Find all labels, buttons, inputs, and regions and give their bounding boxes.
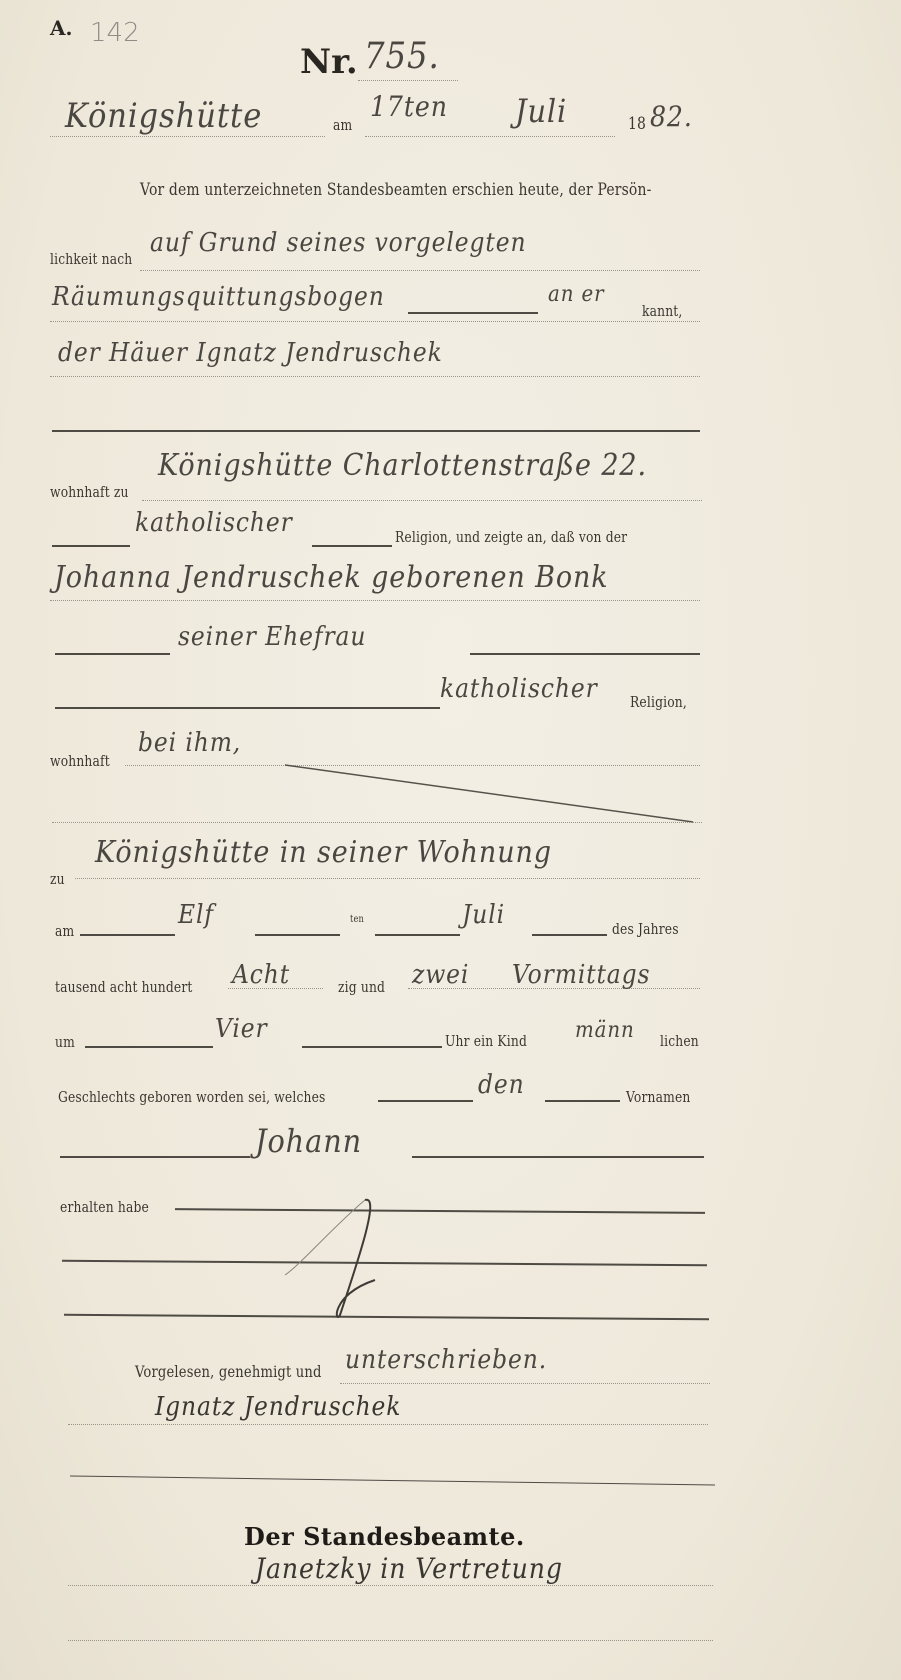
residence-line bbox=[142, 500, 702, 501]
birth-year-label: des Jahres bbox=[612, 920, 679, 938]
residence-label: wohnhaft zu bbox=[50, 483, 129, 501]
informant-signature-line bbox=[68, 1424, 708, 1425]
am-label: am bbox=[333, 116, 352, 134]
year-prefix: 18 bbox=[628, 114, 646, 134]
vornamen-label: Vornamen bbox=[626, 1088, 690, 1106]
identity-value-suffix: an er bbox=[548, 282, 605, 307]
child-name-line-right bbox=[412, 1156, 704, 1158]
relation-line-right bbox=[470, 653, 700, 655]
religion-line-left bbox=[52, 545, 130, 547]
religion-line-right bbox=[312, 545, 392, 547]
mother-name: Johanna Jendruschek geborenen Bonk bbox=[54, 560, 609, 595]
birth-day-line-left bbox=[80, 934, 175, 936]
birth-ten-label: ten bbox=[350, 914, 364, 925]
name-article-line-right bbox=[545, 1100, 620, 1102]
informant-line bbox=[50, 376, 700, 377]
received-label: erhalten habe bbox=[60, 1198, 149, 1216]
identity-suffix: kannt, bbox=[642, 302, 682, 320]
name-article-line-left bbox=[378, 1100, 473, 1102]
identity-fill-line bbox=[408, 312, 538, 314]
zig-label: zig und bbox=[338, 978, 385, 996]
child-label: Uhr ein Kind bbox=[445, 1032, 527, 1050]
identity-prefix: lichkeit nach bbox=[50, 250, 132, 268]
birth-am-label: am bbox=[55, 922, 74, 940]
strike-through-stroke bbox=[285, 765, 705, 825]
child-name-line-left bbox=[60, 1156, 250, 1158]
read-value: unterschrieben. bbox=[345, 1345, 547, 1375]
daytime-value: Vormittags bbox=[512, 960, 650, 990]
gender-line: Geschlechts geboren worden sei, welches bbox=[58, 1088, 326, 1106]
birth-day-value: Elf bbox=[178, 900, 214, 930]
unit-value: zwei bbox=[412, 960, 469, 990]
official-title: Der Standesbeamte. bbox=[244, 1522, 525, 1551]
identity-line-2 bbox=[50, 321, 700, 322]
nr-label: Nr. bbox=[300, 42, 358, 82]
name-article: den bbox=[478, 1070, 525, 1100]
sex-value: männ bbox=[575, 1018, 635, 1043]
series-letter: A. bbox=[50, 16, 72, 40]
child-name: Johann bbox=[255, 1122, 362, 1160]
mother-residence-value: bei ihm, bbox=[138, 728, 241, 758]
intro-text: Vor dem unterzeichneten Standesbeamten e… bbox=[140, 180, 652, 200]
read-line bbox=[340, 1383, 710, 1384]
time-line-left bbox=[85, 1046, 213, 1048]
religion-text: Religion, und zeigte an, daß von der bbox=[395, 528, 627, 546]
mother-line bbox=[50, 600, 700, 601]
identity-line-1 bbox=[140, 270, 700, 271]
religion-value: katholischer bbox=[135, 508, 293, 538]
mother-religion-value: katholischer bbox=[440, 674, 598, 704]
birthplace-value: Königshütte in seiner Wohnung bbox=[95, 835, 552, 870]
read-label: Vorgelesen, genehmigt und bbox=[135, 1362, 322, 1381]
identity-value-1: auf Grund seines vorgelegten bbox=[150, 228, 526, 258]
record-number: 755. bbox=[364, 36, 440, 77]
signature-divider bbox=[70, 1475, 715, 1485]
void-stroke bbox=[280, 1195, 400, 1325]
place-line bbox=[50, 136, 325, 137]
empty-residence-line bbox=[52, 822, 702, 823]
official-signature-line bbox=[68, 1585, 713, 1586]
thousand-label: tausend acht hundert bbox=[55, 978, 193, 996]
time-line-right bbox=[302, 1046, 442, 1048]
mother-religion-label: Religion, bbox=[630, 693, 687, 711]
received-line-1 bbox=[175, 1208, 705, 1214]
birth-month-value: Juli bbox=[462, 900, 505, 930]
record-number-line bbox=[358, 80, 458, 81]
birth-month-line-left bbox=[375, 934, 460, 936]
date-month: Juli bbox=[515, 92, 567, 130]
official-extra-line bbox=[68, 1640, 713, 1641]
informant-value: der Häuer Ignatz Jendruschek bbox=[58, 338, 443, 368]
birthplace-line bbox=[75, 878, 700, 879]
informant-signature: Ignatz Jendruschek bbox=[155, 1392, 401, 1422]
year-suffix: 82. bbox=[650, 100, 693, 133]
time-um-label: um bbox=[55, 1033, 75, 1051]
mother-relation: seiner Ehefrau bbox=[178, 622, 366, 652]
date-day: 17ten bbox=[370, 90, 448, 123]
official-signature: Janetzky in Vertretung bbox=[255, 1552, 563, 1585]
mother-religion-line bbox=[55, 707, 440, 709]
decade-value: Acht bbox=[232, 960, 290, 990]
archive-number: 142 bbox=[90, 18, 140, 48]
birthplace-label: zu bbox=[50, 870, 65, 888]
birth-day-line-right bbox=[255, 934, 340, 936]
identity-value-2: Räumungsquittungsbogen bbox=[52, 282, 385, 312]
sex-suffix: lichen bbox=[660, 1032, 699, 1050]
relation-line-left bbox=[55, 653, 170, 655]
mother-residence-label: wohnhaft bbox=[50, 752, 110, 770]
date-line bbox=[365, 136, 615, 137]
divider-line bbox=[52, 430, 700, 432]
time-value: Vier bbox=[215, 1014, 268, 1044]
birth-month-line-right bbox=[532, 934, 607, 936]
civil-registry-page: A. 142 Nr. 755. Königshütte am 17ten Jul… bbox=[0, 0, 901, 1680]
place-value: Königshütte bbox=[65, 96, 262, 136]
residence-value: Königshütte Charlottenstraße 22. bbox=[158, 448, 647, 483]
